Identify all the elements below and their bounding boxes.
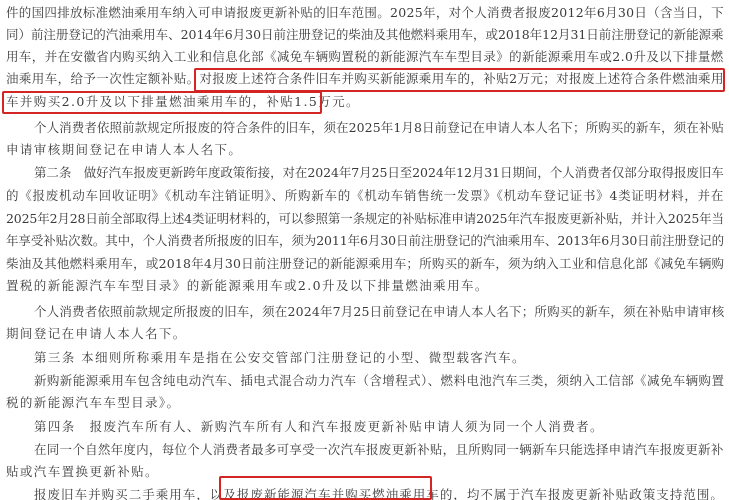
paragraph-line: 第四条 报废汽车所有人、新购汽车所有人和汽车报废更新补贴申请人须为同一个人消费者…: [34, 416, 604, 438]
highlight-box: [219, 476, 432, 500]
paragraph-line: 个人消费者依照前款规定所报废的符合条件的旧车，须在2025年1月8日前登记在申请…: [34, 117, 724, 139]
paragraph-line: 第三条 本细则所称乘用车是指在公安交管部门注册登记的小型、微型载客汽车。: [34, 347, 526, 369]
paragraph-line: 新购新能源乘用车包含纯电动汽车、插电式混合动力汽车（含增程式）、燃料电池汽车三类…: [34, 370, 724, 392]
paragraph-line: 贴或汽车置换更新补贴。: [6, 461, 159, 483]
paragraph-line: 置税的新能源汽车车型目录》的新能源乘用车或2.0升及以下排量燃油乘用车。: [6, 275, 489, 297]
paragraph-line: 期间登记在申请人本人名下。: [6, 323, 187, 345]
paragraph-line: 用车，并在安徽省内购买纳入工业和信息化部《减免车辆购置税的新能源汽车车型目录》的…: [6, 46, 724, 68]
document-page: 件的国四排放标准燃油乘用车纳入可申请报废更新补贴的旧车范围。2025年，对个人消…: [0, 0, 729, 500]
paragraph-line: 同）前注册登记的汽油乘用车、2014年6月30日前注册登记的柴油及其他燃料乘用车…: [6, 24, 724, 46]
paragraph-line: 年享受补贴次数。其中，个人消费者所报废的旧车，须为2011年6月30日前注册登记…: [6, 230, 724, 252]
highlight-box: [2, 91, 322, 114]
paragraph-line: 申请审核期间登记在申请人本人名下。: [6, 139, 242, 161]
paragraph-line: 件的国四排放标准燃油乘用车纳入可申请报废更新补贴的旧车范围。2025年，对个人消…: [6, 2, 724, 24]
paragraph-line: 的《报废机动车回收证明》《机动车注销证明》、所购新车的《机动车销售统一发票》《机…: [6, 185, 724, 207]
paragraph-line: 税的新能源汽车车型目录》。: [6, 392, 180, 414]
paragraph-line: 柴油及其他燃料乘用车，或2018年4月30日前注册登记的新能源乘用车；所购买的新…: [6, 253, 724, 275]
paragraph-line: 个人消费者依照前款规定所报废的旧车，须在2024年7月25日前登记在申请人本人名…: [34, 301, 724, 323]
paragraph-line: 2025年2月28日前全部取得上述4类证明材料的，可以参照第一条规定的补贴标准申…: [6, 208, 724, 230]
paragraph-line: 在同一个自然年度内，每位个人消费者最多可享受一次汽车报废更新补贴，且所购同一辆新…: [34, 439, 724, 461]
paragraph-line: 第二条 做好汽车报废更新跨年度政策衔接，对在2024年7月25日至2024年12…: [34, 162, 724, 184]
highlight-box: [194, 68, 725, 92]
